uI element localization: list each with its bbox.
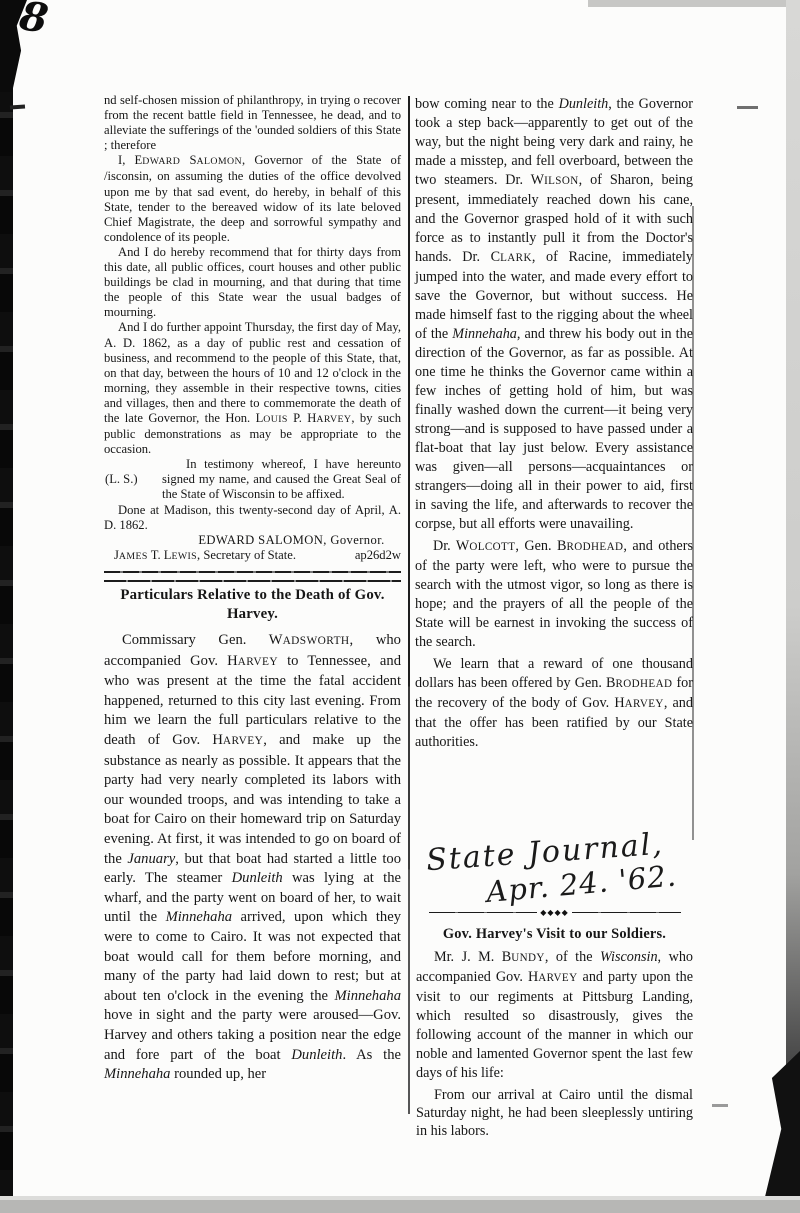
newspaper-scan-page: 8 nd self-chosen mission of philanthropy…	[0, 0, 800, 1213]
ornament-divider	[429, 908, 681, 917]
divider-line	[104, 571, 401, 573]
article-title-visit: Gov. Harvey's Visit to our Soldiers.	[416, 926, 693, 943]
article-paragraph: We learn that a reward of one thousand d…	[415, 655, 693, 752]
notice-code: ap26d2w	[355, 548, 401, 564]
article-paragraph: From our arrival at Cairo until the dism…	[416, 1086, 693, 1141]
proclamation-paragraph: I, EDWARD SALOMON, Governor of the State…	[104, 153, 401, 245]
diamond-ornament-icon	[537, 908, 572, 917]
divider-line	[572, 912, 681, 914]
testimony-block: (L. S.) In testimony whereof, I have her…	[104, 457, 401, 502]
right-column-lower: State Journal, Apr. 24. '62. Gov. Harvey…	[416, 836, 693, 1141]
scan-edge-bottom	[0, 1200, 800, 1213]
margin-mark-bottom	[712, 1104, 728, 1107]
proclamation-paragraph: nd self-chosen mission of philanthropy, …	[104, 93, 401, 153]
seal-label: (L. S.)	[105, 472, 138, 487]
proclamation-section: nd self-chosen mission of philanthropy, …	[104, 93, 401, 564]
proclamation-paragraph: And I do hereby recommend that for thirt…	[104, 245, 401, 320]
scan-corner-shadow	[764, 1051, 800, 1201]
handwritten-page-number: 8	[16, 0, 51, 43]
testimony-text: In testimony whereof, I have hereunto si…	[162, 457, 401, 502]
section-divider	[104, 571, 401, 582]
scan-edge-right	[786, 0, 800, 1213]
left-column: nd self-chosen mission of philanthropy, …	[104, 93, 401, 1085]
column-divider-rule	[408, 96, 410, 1114]
divider-line	[104, 580, 401, 582]
scan-edge-left	[0, 0, 13, 1213]
article-paragraph: Mr. J. M. BUNDY, of the Wisconsin, who a…	[416, 948, 693, 1083]
margin-mark-right	[737, 106, 758, 109]
proclamation-paragraph: And I do further appoint Thursday, the f…	[104, 320, 401, 457]
article-body: Commissary Gen. WADSWORTH, who accompani…	[104, 631, 401, 1085]
article-paragraph: Dr. WOLCOTT, Gen. BRODHEAD, and others o…	[415, 537, 693, 652]
scan-edge-top	[588, 0, 792, 7]
article-paragraph: bow coming near to the Dunleith, the Gov…	[415, 95, 693, 534]
margin-mark-left	[10, 104, 25, 109]
secretary-name: JAMES T. LEWIS, Secretary of State.	[114, 548, 296, 564]
right-column: bow coming near to the Dunleith, the Gov…	[415, 95, 693, 752]
governor-signature: EDWARD SALOMON, Governor.	[104, 533, 401, 548]
done-line: Done at Madison, this twenty-second day …	[104, 503, 401, 533]
article-title-particulars: Particulars Relative to the Death of Gov…	[112, 586, 393, 624]
divider-line	[429, 912, 538, 914]
secretary-line: JAMES T. LEWIS, Secretary of State. ap26…	[104, 548, 401, 564]
